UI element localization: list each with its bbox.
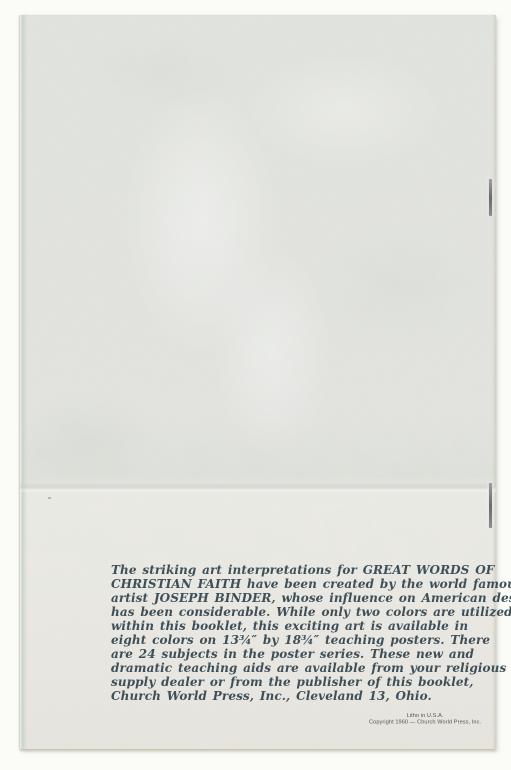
paragraph-line: supply dealer or from the publisher of t… bbox=[111, 675, 461, 689]
scanner-background: { "document": { "kind_label": "booklet b… bbox=[0, 0, 511, 770]
booklet-back-cover-page: The striking art interpretations for GRE… bbox=[20, 15, 496, 749]
paragraph-line: has been considerable. While only two co… bbox=[111, 605, 461, 619]
paragraph-line: CHRISTIAN FAITH have been created by the… bbox=[111, 577, 461, 591]
page-right-edge bbox=[492, 15, 496, 749]
page-left-edge bbox=[20, 15, 28, 749]
paragraph-line: The striking art interpretations for GRE… bbox=[111, 563, 461, 577]
publisher-imprint: Litho in U.S.A. Copyright 1960 — Church … bbox=[369, 713, 481, 726]
fold-crease bbox=[20, 482, 496, 493]
staple-icon-bottom bbox=[489, 483, 492, 528]
staple-icon-top bbox=[489, 179, 492, 216]
paragraph-line: eight colors on 13¾″ by 18¾″ teaching po… bbox=[111, 633, 461, 647]
description-paragraph: The striking art interpretations for GRE… bbox=[111, 563, 461, 703]
paragraph-line: dramatic teaching aids are available fro… bbox=[111, 661, 461, 675]
paragraph-line: are 24 subjects in the poster series. Th… bbox=[111, 647, 461, 661]
paragraph-line: artist JOSEPH BINDER, whose influence on… bbox=[111, 591, 461, 605]
copyright-line: Copyright 1960 — Church World Press, Inc… bbox=[369, 720, 481, 727]
paper-speck bbox=[48, 497, 51, 499]
paragraph-line: within this booklet, this exciting art i… bbox=[111, 619, 461, 633]
paragraph-line: Church World Press, Inc., Cleveland 13, … bbox=[111, 689, 461, 703]
